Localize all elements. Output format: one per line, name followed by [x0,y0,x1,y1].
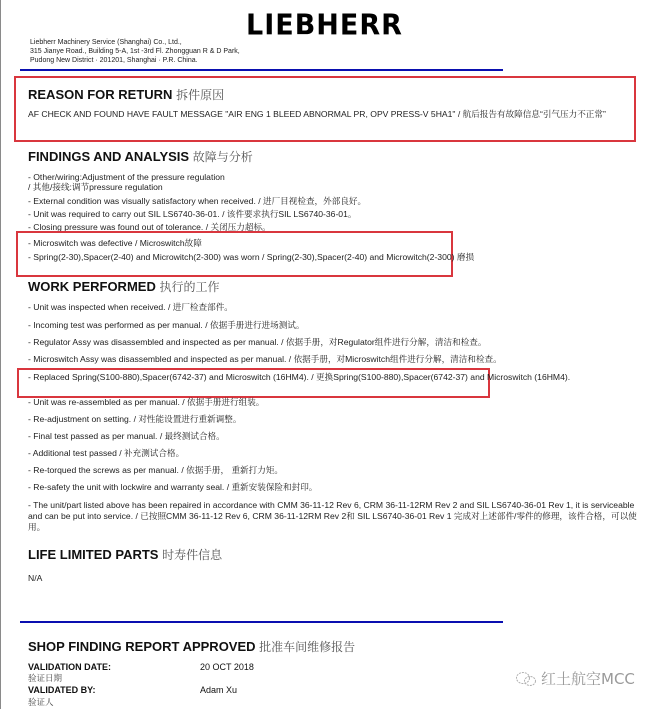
work-item: - Regulator Assy was disassembled and in… [28,337,487,348]
page-edge [0,0,1,709]
company-address: Liebherr Machinery Service (Shanghai) Co… [30,38,240,65]
finding-item: - Unit was required to carry out SIL LS6… [28,209,356,220]
work-item: - The unit/part listed above has been re… [28,500,640,533]
work-item: - Unit was re-assembled as per manual. /… [28,397,264,408]
work-item: - Final test passed as per manual. / 最终测… [28,431,225,442]
work-item: - Re-safety the unit with lockwire and w… [28,482,317,493]
validated-by-label: VALIDATED BY: [28,685,96,695]
watermark: 红土航空MCC [515,668,635,689]
findings-heading: FINDINGS AND ANALYSIS 故障与分析 [28,148,253,165]
work-item: - Unit was inspected when received. / 进厂… [28,302,233,313]
finding-item: - Spring(2-30),Spacer(2-40) and Microwit… [28,252,474,263]
reason-text: AF CHECK AND FOUND HAVE FAULT MESSAGE "A… [28,109,638,120]
footer-divider [20,621,503,623]
header-divider [20,69,503,71]
wechat-icon [515,671,537,687]
work-item: - Incoming test was performed as per man… [28,320,305,331]
work-item: - Microswitch Assy was disassembled and … [28,354,502,365]
validated-by-label-zh: 验证人 [28,696,54,708]
liebherr-logo: LIEBHERR [246,11,403,39]
validation-date-label: VALIDATION DATE: [28,662,111,672]
work-item: - Replaced Spring(S100-880),Spacer(6742-… [28,372,623,383]
validated-by-value: Adam Xu [200,685,237,695]
approval-heading: SHOP FINDING REPORT APPROVED 批准车间维修报告 [28,638,355,655]
validation-date-value: 20 OCT 2018 [200,662,254,672]
llp-heading: LIFE LIMITED PARTS 时寿件信息 [28,546,222,563]
work-heading: WORK PERFORMED 执行的工作 [28,278,219,295]
work-item: - Re-torqued the screws as per manual. /… [28,465,283,476]
llp-value: N/A [28,573,42,584]
finding-item: / 其他/接线:调节pressure regulation [28,182,163,193]
work-item: - Re-adjustment on setting. / 对性能设置进行重新调… [28,414,241,425]
reason-heading: REASON FOR RETURN 拆件原因 [28,86,224,103]
finding-item: - External condition was visually satisf… [28,196,366,207]
validation-date-label-zh: 验证日期 [28,672,62,684]
work-item: - Additional test passed / 补充测试合格。 [28,448,184,459]
finding-item: - Microswitch was defective / Microswitc… [28,238,202,249]
